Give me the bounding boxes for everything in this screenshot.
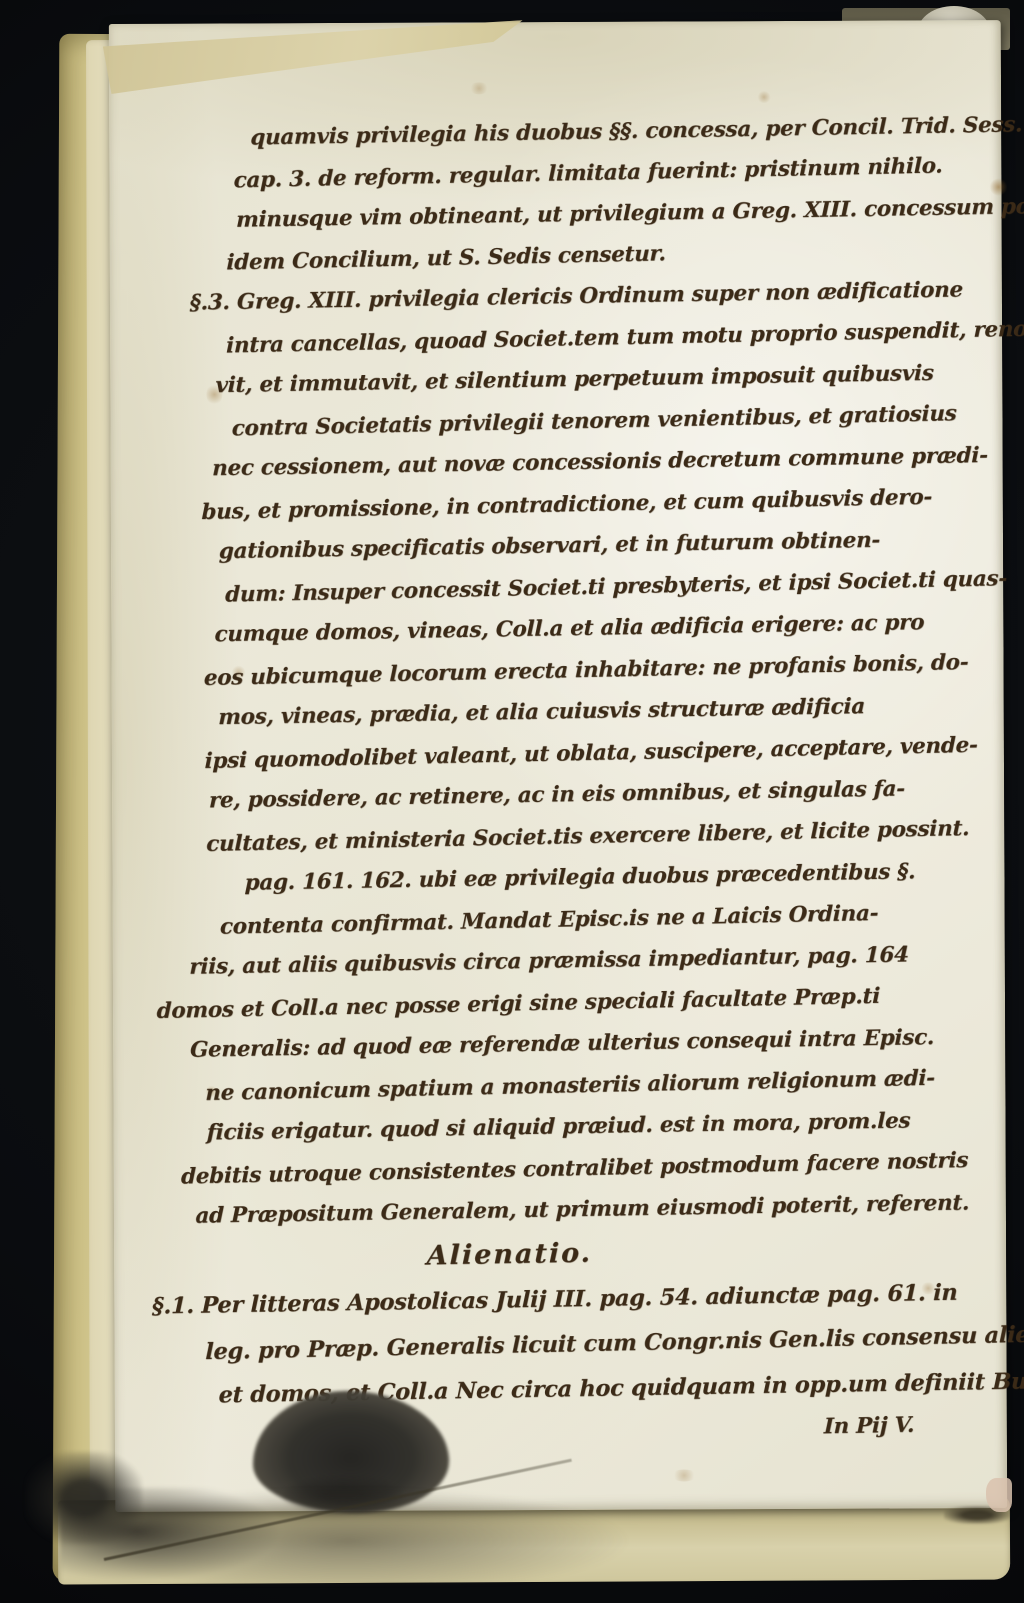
manuscript-page: quamvis privilegia his duobus §§. conces… — [109, 20, 1007, 1512]
ink-stain-cover — [26, 1452, 142, 1544]
handwritten-text: quamvis privilegia his duobus §§. conces… — [172, 104, 1013, 1460]
manuscript-line: In Pij V. — [823, 1404, 992, 1447]
manuscript-scan: quamvis privilegia his duobus §§. conces… — [0, 0, 1024, 1603]
paragraph-section-3: §.3. Greg. XIII. privilegia clericis Ord… — [175, 268, 1010, 1239]
paragraph-intro: quamvis privilegia his duobus §§. conces… — [190, 104, 1012, 284]
foxing-spot — [757, 91, 771, 103]
edge-tear — [986, 1478, 1012, 1512]
corner-fold — [103, 20, 523, 94]
foxing-spot — [469, 82, 489, 94]
foxing-spot — [671, 1469, 697, 1481]
ink-stain-under-edge — [60, 1488, 700, 1584]
paragraph-section-1: §.1. Per litteras Apostolicas Julij III.… — [172, 1269, 994, 1420]
